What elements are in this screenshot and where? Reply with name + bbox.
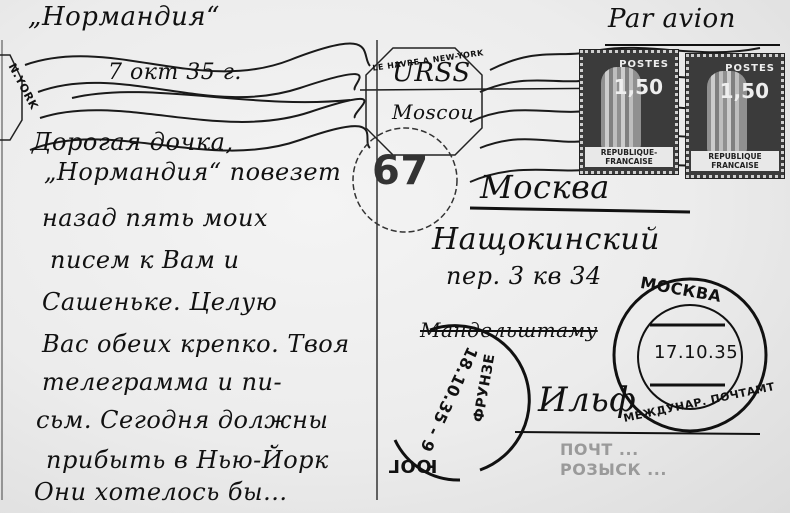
stamp-value: 1,50 [720, 79, 769, 103]
address-recipient-crossed: Мандельштаму [420, 318, 598, 342]
ship-name-heading: „Нормандия“ [28, 2, 220, 32]
frunze-postmark-bottom: ЮОГ [388, 455, 437, 476]
message-line: прибыть в Нью-Йорк [46, 446, 329, 474]
address-city: Москва [480, 168, 610, 206]
message-line: Дорогая дочка, [32, 128, 234, 156]
message-line: Сашеньке. Целую [42, 288, 277, 316]
message-line: писем к Вам и [50, 246, 239, 274]
stamp-value: 1,50 [614, 75, 663, 99]
address-street: Нащокинский [432, 222, 660, 257]
address-recipient: Ильф [538, 380, 636, 420]
message-line: „Нормандия“ повезет [44, 158, 341, 186]
message-line: Вас обеих крепко. Твоя [42, 330, 350, 358]
date-line: 7 окт 35 г. [108, 60, 242, 85]
transit-number: 67 [372, 148, 429, 194]
stamp-header: POSTES [619, 59, 669, 70]
postage-stamp: POSTES1,50REPUBLIQUE FRANCAISE [686, 54, 784, 178]
address-house: пер. 3 кв 34 [446, 262, 602, 290]
message-line: телеграмма и пи- [42, 368, 282, 396]
message-line: сьм. Сегодня должны [36, 406, 328, 434]
address-corner-city: Moscou [392, 100, 474, 124]
stamp-country: REPUBLIQUE FRANCAISE [691, 151, 779, 171]
postcard: N.YORK „Нормандия“ 7 окт 35 г. Дорогая д… [0, 0, 790, 513]
air-mail-label: Par avion [608, 4, 736, 34]
postage-stamp: POSTES1,50REPUBLIQUE-FRANCAISE [580, 50, 678, 174]
address-corner-code: URSS [392, 58, 471, 88]
stamp-header: POSTES [725, 63, 775, 74]
moscow-postmark-date: 17.10.35 [654, 342, 738, 363]
message-line: Они хотелось бы... [34, 478, 287, 506]
faded-stamp: ПОЧТ ... РОЗЫСК ... [560, 440, 710, 480]
stamp-country: REPUBLIQUE-FRANCAISE [585, 147, 673, 167]
message-line: назад пять моих [42, 204, 268, 232]
